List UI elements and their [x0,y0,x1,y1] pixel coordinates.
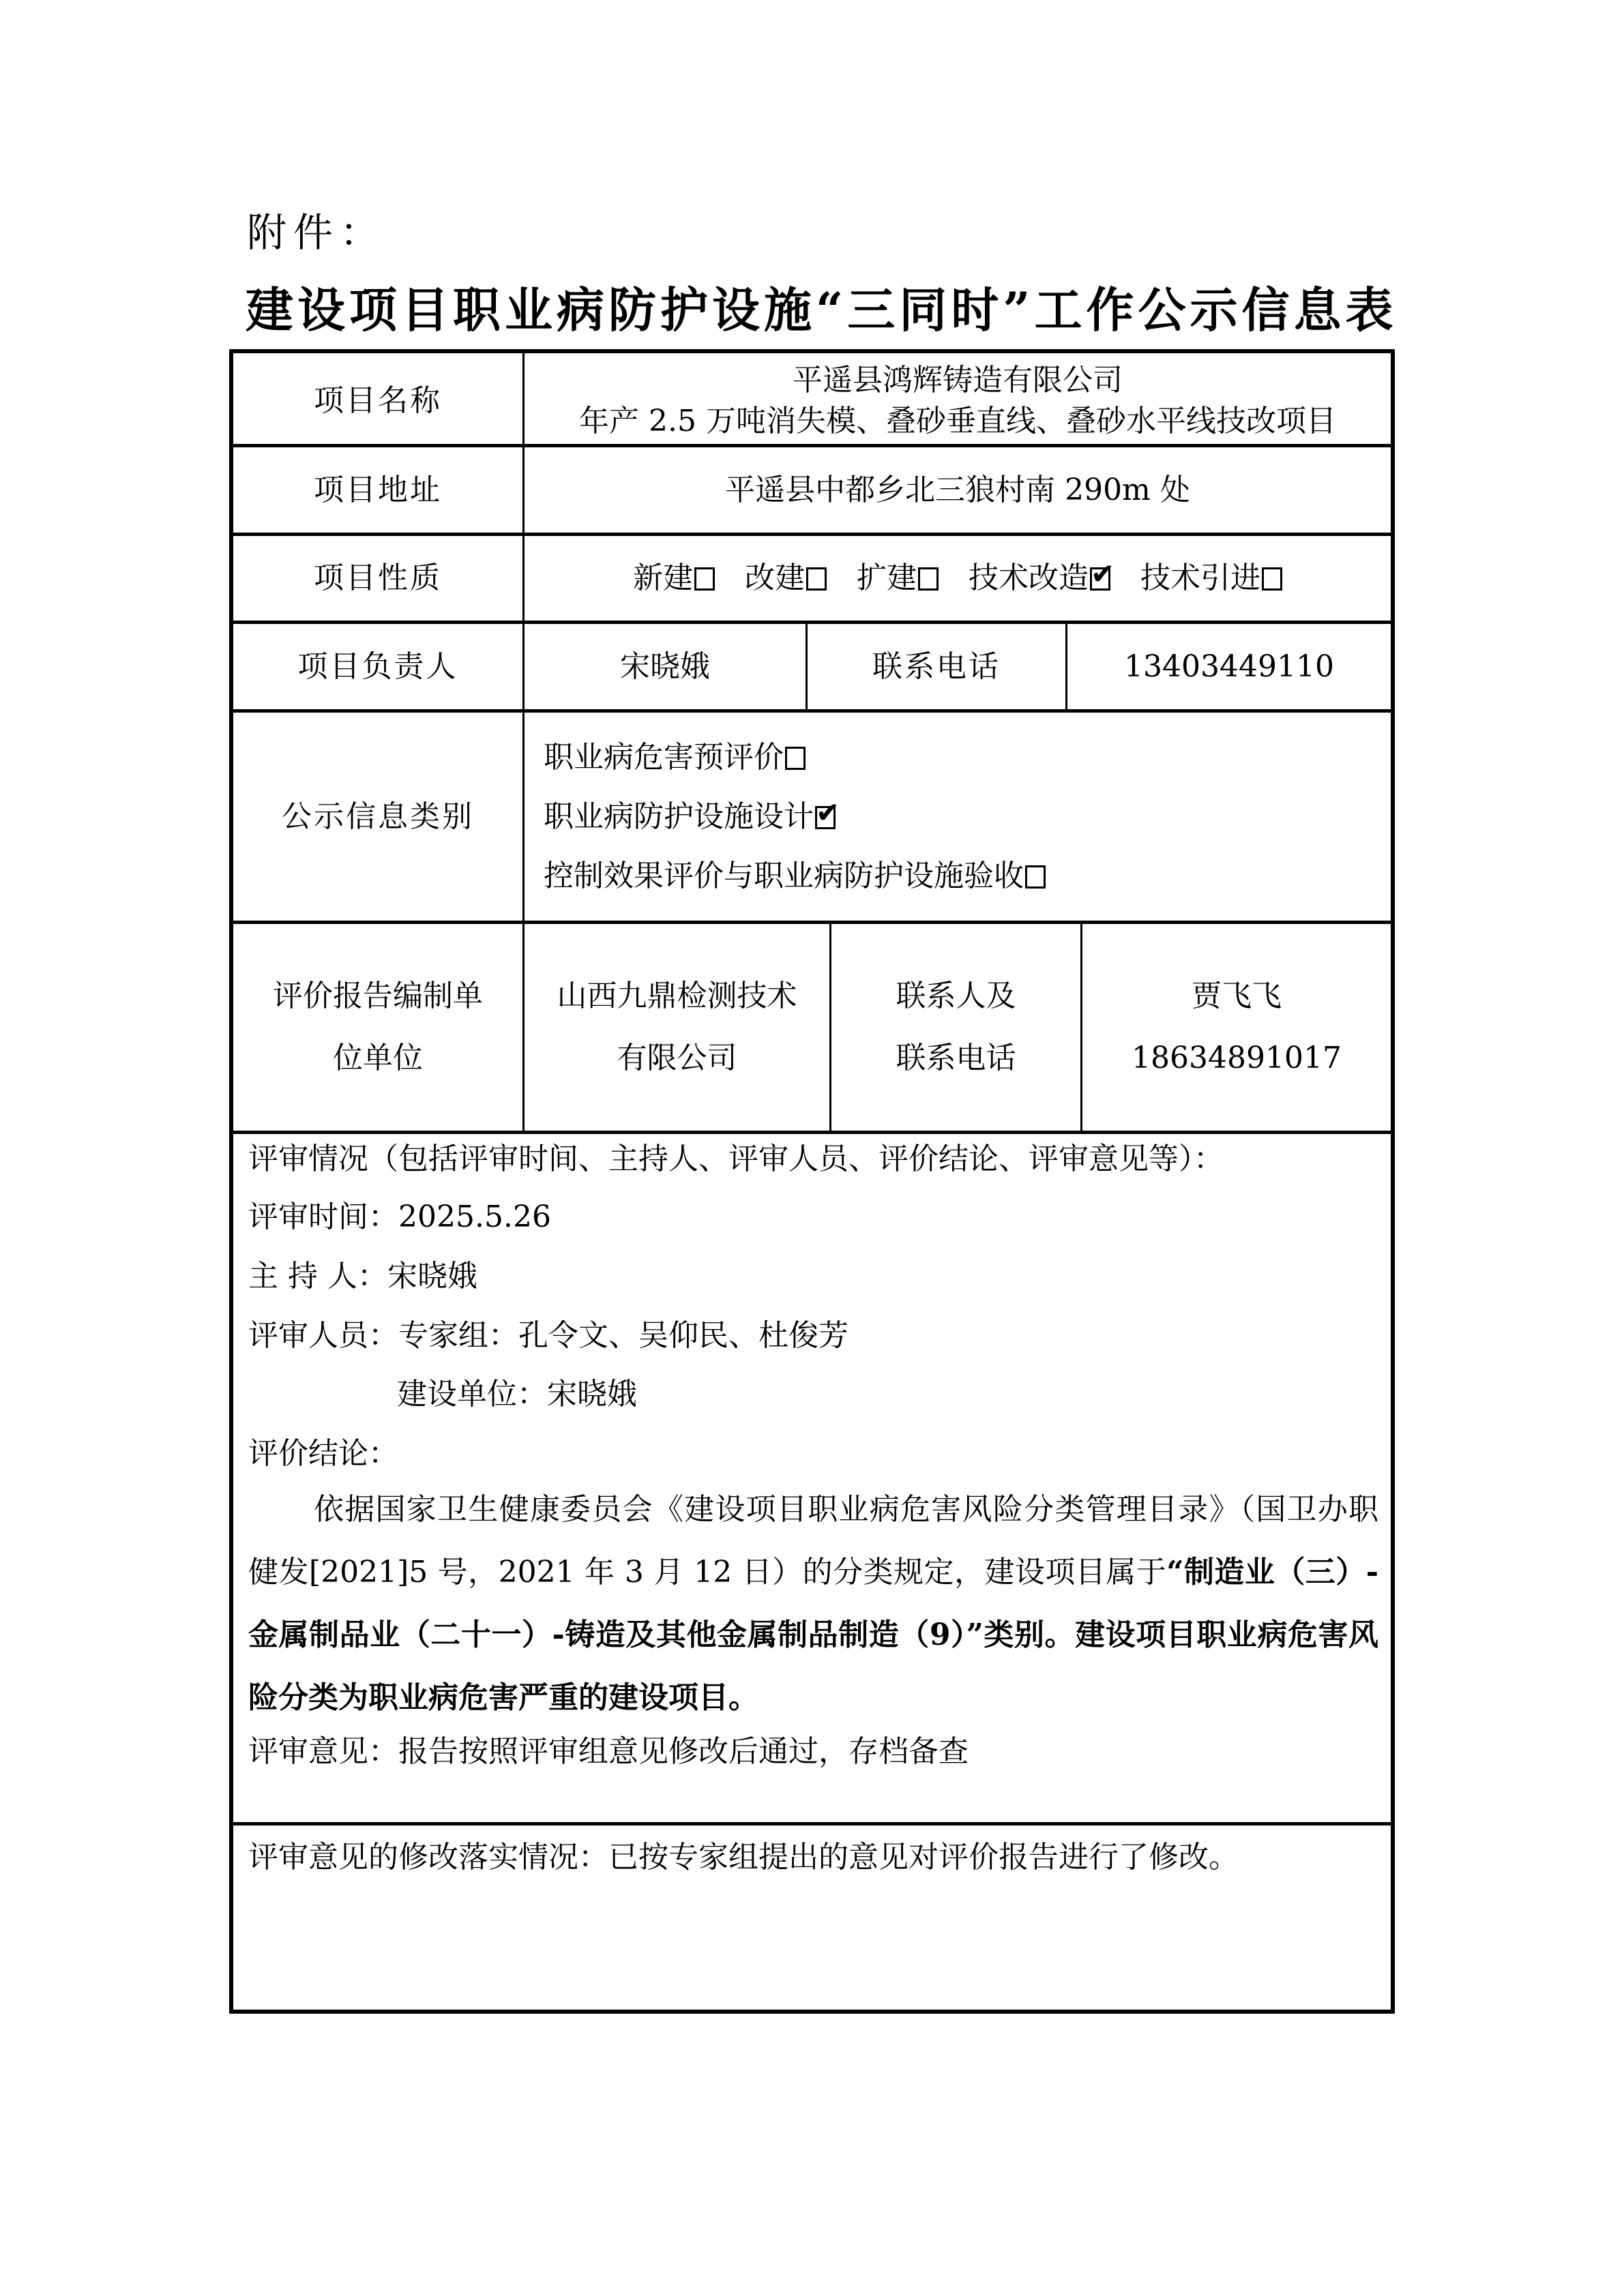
row-project-nature: 项目性质 新建 改建 扩建 技术改造 技术引进 [233,533,1391,621]
review-host: 主 持 人：宋晓娥 [248,1257,1380,1296]
publicity-category-options: 职业病危害预评价 职业病防护设施设计 控制效果评价与职业病防护设施验收 [522,713,1391,921]
checkbox-icon[interactable] [918,567,939,591]
review-heading: 评审情况（包括评审时间、主持人、评审人员、评价结论、评审意见等）： [248,1139,1380,1178]
conclusion-text: 依据国家卫生健康委员会《建设项目职业病危害风险分类管理目录》（国卫办职健发[20… [248,1478,1378,1729]
review-experts: 评审人员：专家组：孔令文、吴仰民、杜俊芳 [248,1316,1380,1355]
info-table: 项目名称 平遥县鸿辉铸造有限公司 年产 2.5 万吨消失模、叠砂垂直线、叠砂水平… [229,349,1395,2014]
project-name-value: 平遥县鸿辉铸造有限公司 年产 2.5 万吨消失模、叠砂垂直线、叠砂水平线技改项目 [522,353,1391,448]
row-publicity-category: 公示信息类别 职业病危害预评价 职业病防护设施设计 控制效果评价与职业病防护设施… [233,709,1391,921]
implementation-text: 评审意见的修改落实情况：已按专家组提出的意见对评价报告进行了修改。 [248,1838,1380,1877]
checkbox-icon[interactable] [1025,865,1046,889]
contact-value: 贾飞飞 18634891017 [1080,924,1391,1131]
checkbox-icon[interactable] [1262,567,1282,591]
evaluation-unit-name: 山西九鼎检测技术 有限公司 [522,924,829,1131]
review-time: 评审时间：2025.5.26 [248,1197,1380,1236]
row-project-address: 项目地址 平遥县中都乡北三狼村南 290m 处 [233,444,1391,533]
company-name: 平遥县鸿辉铸造有限公司 [793,360,1123,400]
contact-name: 贾飞飞 [1192,966,1282,1027]
contact-label: 联系人及 联系电话 [829,924,1080,1131]
option-rebuild[interactable]: 改建 [745,550,827,607]
evaluation-unit-label: 评价报告编制单 位单位 [233,924,522,1131]
option-tech-introduction[interactable]: 技术引进 [1140,550,1282,607]
option-pre-evaluation[interactable]: 职业病危害预评价 [544,738,806,777]
project-address-label: 项目地址 [233,447,522,533]
contact-phone: 18634891017 [1132,1028,1342,1089]
row-project-name: 项目名称 平遥县鸿辉铸造有限公司 年产 2.5 万吨消失模、叠砂垂直线、叠砂水平… [233,353,1391,448]
option-facility-design[interactable]: 职业病防护设施设计 [544,797,836,836]
row-review: 评审情况（包括评审时间、主持人、评审人员、评价结论、评审意见等）： 评审时间：2… [233,1131,1391,1822]
review-builder: 建设单位：宋晓娥 [397,1375,1380,1414]
project-nature-label: 项目性质 [233,536,522,621]
option-tech-renovation[interactable]: 技术改造 [969,550,1110,607]
attachment-label: 附件： [247,213,386,252]
option-control-effect-acceptance[interactable]: 控制效果评价与职业病防护设施验收 [544,856,1046,895]
row-evaluation-unit: 评价报告编制单 位单位 山西九鼎检测技术 有限公司 联系人及 联系电话 贾飞飞 … [233,921,1391,1131]
row-project-leader: 项目负责人 宋晓娥 联系电话 13403449110 [233,621,1391,709]
review-opinion: 评审意见：报告按照评审组意见修改后通过，存档备查 [248,1732,1380,1771]
checkbox-checked-icon[interactable] [815,806,836,829]
project-nature-options: 新建 改建 扩建 技术改造 技术引进 [522,536,1391,621]
project-leader-label: 项目负责人 [233,624,522,709]
project-title: 年产 2.5 万吨消失模、叠砂垂直线、叠砂水平线技改项目 [579,401,1336,441]
publicity-category-label: 公示信息类别 [233,713,522,921]
checkbox-icon[interactable] [806,567,827,591]
project-name-label: 项目名称 [233,353,522,448]
conclusion-label: 评价结论： [248,1434,1380,1473]
checkbox-icon[interactable] [785,747,806,770]
leader-phone-value: 13403449110 [1065,624,1391,709]
checkbox-icon[interactable] [694,567,715,591]
option-new-build[interactable]: 新建 [633,550,715,607]
leader-phone-label: 联系电话 [806,624,1065,709]
document-title: 建设项目职业病防护设施“三同时”工作公示信息表 [246,286,1405,334]
option-expansion[interactable]: 扩建 [857,550,939,607]
checkbox-checked-icon[interactable] [1090,567,1110,591]
project-leader-name: 宋晓娥 [522,624,806,709]
project-address-value: 平遥县中都乡北三狼村南 290m 处 [522,447,1391,533]
row-implementation: 评审意见的修改落实情况：已按专家组提出的意见对评价报告进行了修改。 [233,1822,1391,2010]
